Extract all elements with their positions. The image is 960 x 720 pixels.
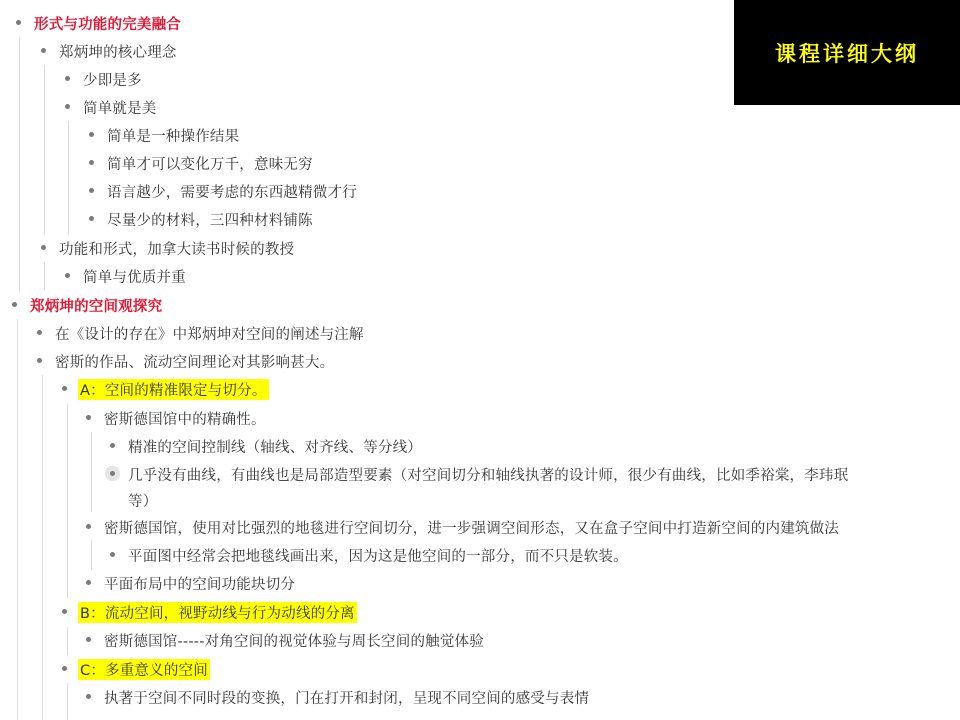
- outline-item[interactable]: 语言越少，需要考虑的东西越精微才行: [107, 177, 357, 205]
- outline-item-section-1[interactable]: 形式与功能的完美融合: [34, 9, 181, 37]
- outline-item[interactable]: 少即是多: [83, 65, 142, 93]
- bullet-icon: [86, 524, 91, 529]
- bullet-icon: [62, 666, 67, 671]
- item-text: 精准的空间控制线（轴线、对齐线、等分线）: [128, 436, 422, 457]
- highlighted-text: C：多重意义的空间: [78, 659, 210, 680]
- outline-item[interactable]: 密斯的作品、流动空间理论对其影响甚大。: [55, 347, 334, 375]
- outline-item[interactable]: 平面图中经常会把地毯线画出来，因为这是他空间的一部分，而不只是软装。: [128, 541, 628, 569]
- bullet-icon: [86, 637, 91, 642]
- bullet-icon: [89, 188, 94, 193]
- outline-item-highlight-b[interactable]: B：流动空间，视野动线与行为动线的分离: [80, 598, 357, 626]
- highlighted-text: A：空间的精准限定与切分。: [78, 379, 269, 400]
- section-heading: 郑炳坤的空间观探究: [30, 295, 162, 316]
- outline-item-highlight-c[interactable]: C：多重意义的空间: [80, 655, 210, 683]
- bullet-icon: [110, 552, 115, 557]
- item-text: 语言越少，需要考虑的东西越精微才行: [107, 181, 357, 202]
- guide-line: [67, 683, 68, 720]
- outline-item[interactable]: 密斯德国馆-----对角空间的视觉体验与周长空间的触觉体验: [104, 626, 484, 654]
- guide-line: [19, 37, 20, 293]
- bullet-icon: [12, 302, 17, 307]
- outline-item[interactable]: 简单就是美: [83, 93, 157, 121]
- item-text: 简单与优质并重: [83, 266, 186, 287]
- outline-item-hovered[interactable]: 几乎没有曲线，有曲线也是局部造型要素（对空间切分和轴线执著的设计师，很少有曲线，…: [128, 460, 848, 488]
- course-outline-banner: 课程详细大纲: [734, 0, 960, 105]
- item-text: 平面布局中的空间功能块切分: [104, 573, 295, 594]
- bullet-icon: [89, 216, 94, 221]
- item-text: 尽量少的材料，三四种材料铺陈: [107, 209, 313, 230]
- outline-item[interactable]: 执著于空间不同时段的变换，门在打开和封闭，呈现不同空间的感受与表情: [104, 683, 589, 711]
- guide-line: [44, 65, 45, 235]
- item-text: 密斯德国馆-----对角空间的视觉体验与周长空间的触觉体验: [104, 630, 484, 651]
- bullet-icon: [65, 273, 70, 278]
- bullet-icon: [37, 358, 42, 363]
- outline-item-section-2[interactable]: 郑炳坤的空间观探究: [30, 291, 162, 319]
- bullet-icon: [110, 471, 115, 476]
- bullet-icon: [89, 132, 94, 137]
- highlighted-text: B：流动空间，视野动线与行为动线的分离: [78, 602, 357, 623]
- bullet-icon: [65, 76, 70, 81]
- outline-item[interactable]: 尽量少的材料，三四种材料铺陈: [107, 205, 313, 233]
- bullet-icon: [65, 104, 70, 109]
- guide-line: [67, 404, 68, 598]
- bullet-icon: [86, 694, 91, 699]
- outline-item[interactable]: 简单与优质并重: [83, 262, 186, 290]
- item-text: 简单才可以变化万千，意味无穷: [107, 153, 313, 174]
- outline-item[interactable]: 密斯德国馆，使用对比强烈的地毯进行空间切分，进一步强调空间形态，又在盒子空间中打…: [104, 513, 839, 541]
- bullet-icon: [37, 330, 42, 335]
- bullet-icon: [86, 415, 91, 420]
- item-text: 密斯德国馆中的精确性。: [104, 408, 266, 429]
- item-text: 在《设计的存在》中郑炳坤对空间的阐述与注解: [55, 323, 364, 344]
- outline-item[interactable]: 功能和形式，加拿大读书时候的教授: [59, 234, 294, 262]
- bullet-icon: [62, 609, 67, 614]
- outline-item[interactable]: 在《设计的存在》中郑炳坤对空间的阐述与注解: [55, 319, 364, 347]
- outline-item[interactable]: 密斯德国馆中的精确性。: [104, 404, 266, 432]
- item-text: 简单是一种操作结果: [107, 125, 239, 146]
- bullet-icon: [86, 580, 91, 585]
- item-text: 简单就是美: [83, 97, 157, 118]
- bullet-icon: [62, 386, 67, 391]
- guide-line: [44, 262, 45, 290]
- guide-line: [91, 432, 92, 512]
- item-text: 密斯德国馆，使用对比强烈的地毯进行空间切分，进一步强调空间形态，又在盒子空间中打…: [104, 517, 839, 538]
- bullet-icon: [110, 443, 115, 448]
- outline-item[interactable]: 郑炳坤的核心理念: [59, 37, 177, 65]
- item-text: 几乎没有曲线，有曲线也是局部造型要素（对空间切分和轴线执著的设计师，很少有曲线，…: [128, 464, 848, 485]
- outline-item-highlight-a[interactable]: A：空间的精准限定与切分。: [80, 375, 269, 403]
- item-text: 执著于空间不同时段的变换，门在打开和封闭，呈现不同空间的感受与表情: [104, 687, 589, 708]
- guide-line: [67, 627, 68, 655]
- item-text-continuation: 等）: [128, 490, 157, 511]
- bullet-icon: [41, 245, 46, 250]
- item-text: 密斯的作品、流动空间理论对其影响甚大。: [55, 351, 334, 372]
- guide-line: [17, 319, 18, 720]
- item-text: 平面图中经常会把地毯线画出来，因为这是他空间的一部分，而不只是软装。: [128, 545, 628, 566]
- guide-line: [91, 540, 92, 570]
- guide-line: [42, 375, 43, 720]
- bullet-icon: [89, 160, 94, 165]
- outline-item[interactable]: 精准的空间控制线（轴线、对齐线、等分线）: [128, 432, 422, 460]
- item-text: 功能和形式，加拿大读书时候的教授: [59, 238, 294, 259]
- item-text: 少即是多: [83, 69, 142, 90]
- bullet-icon: [41, 48, 46, 53]
- bullet-icon: [16, 20, 21, 25]
- section-heading: 形式与功能的完美融合: [34, 13, 181, 34]
- outline-item[interactable]: 简单是一种操作结果: [107, 121, 239, 149]
- banner-title: 课程详细大纲: [775, 38, 919, 68]
- guide-line: [68, 121, 69, 235]
- outline-item[interactable]: 简单才可以变化万千，意味无穷: [107, 149, 313, 177]
- outline-item[interactable]: 平面布局中的空间功能块切分: [104, 569, 295, 597]
- item-text: 郑炳坤的核心理念: [59, 41, 177, 62]
